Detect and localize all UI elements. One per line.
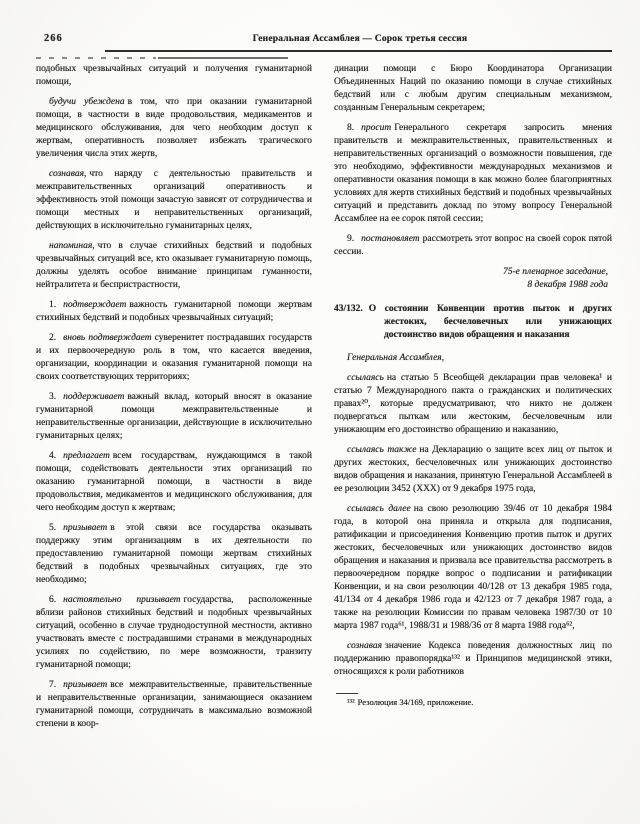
resolution-number: 43/132.	[334, 304, 363, 314]
resolution-heading: 43/132.О состоянии Конвенции против пыто…	[334, 303, 612, 342]
running-head: Генеральная Ассамблея — Сорок третья сес…	[80, 34, 640, 44]
column-left: подобных чрезвычайных ситуаций и получен…	[36, 63, 312, 738]
paragraph: 1.подтверждаетважность гуманитарной помо…	[36, 299, 312, 325]
paragraph-lead: призывает	[63, 680, 107, 690]
footnote-marker: ¹³²	[347, 697, 355, 707]
paragraph-text: Генерального секретаря запросить мнения …	[334, 123, 612, 224]
paragraph-lead: ссылаясь также	[347, 445, 416, 455]
column-right: динации помощи с Бюро Координатора Орган…	[334, 63, 612, 738]
paragraph: 7.призываетвсе межправительственные, пра…	[36, 679, 312, 731]
paragraph-lead: просит	[361, 123, 391, 133]
resolution-title: О состоянии Конвенции против пыток и дру…	[369, 304, 612, 340]
paragraph-number: 3.	[49, 392, 56, 402]
session-note: 75-е пленарное заседание, 8 декабря 1988…	[334, 266, 608, 292]
paragraph-number: 2.	[49, 333, 56, 343]
two-column-text: подобных чрезвычайных ситуаций и получен…	[36, 63, 612, 738]
paragraph: напоминая,что в случае стихийных бедстви…	[36, 240, 312, 292]
scan-artifact-solid-line	[158, 57, 288, 59]
paragraph: 3.поддерживаетважный вклад, который внос…	[36, 391, 312, 443]
paragraph-number: 4.	[49, 451, 56, 461]
paragraph: 8.проситГенерального секретаря запросить…	[334, 122, 612, 226]
paragraph: динации помощи с Бюро Координатора Орган…	[334, 63, 612, 115]
paragraph-lead: подтверждает	[63, 300, 126, 310]
paragraph-lead: Генеральная Ассамблея,	[347, 353, 444, 363]
footnote: ¹³²Резолюция 34/169, приложение.	[334, 697, 612, 708]
paragraph: подобных чрезвычайных ситуаций и получен…	[36, 63, 312, 89]
paragraph-text: на свою резолюцию 39/46 от 10 декабря 19…	[334, 504, 612, 631]
paragraph-lead: напоминая,	[49, 241, 95, 251]
paragraph-number: 5.	[49, 523, 56, 533]
paragraph: сознавая,что наряду с деятельностью прав…	[36, 168, 312, 233]
paragraph-lead: вновь подтверждает	[63, 333, 152, 343]
header-rule	[105, 50, 612, 52]
paragraph-text: государства, расположенные вблизи районо…	[36, 595, 312, 670]
paragraph: 2.вновь подтверждаетсуверенитет пострада…	[36, 332, 312, 384]
paragraph-text: динации помощи с Бюро Координатора Орган…	[334, 64, 612, 113]
paragraph: 9.постановляетрассмотреть этот вопрос на…	[334, 233, 612, 259]
footnote-block: ¹³²Резолюция 34/169, приложение.	[334, 693, 612, 708]
paragraph-lead: настоятельно призывает	[63, 595, 180, 605]
paragraph: ссылаясьна статью 5 Всеобщей декларации …	[334, 372, 612, 437]
paragraph-lead: сознавая	[347, 641, 382, 651]
paragraph: 6.настоятельно призываетгосударства, рас…	[36, 594, 312, 672]
paragraph: Генеральная Ассамблея,	[334, 352, 612, 365]
footnote-text: Резолюция 34/169, приложение.	[358, 697, 474, 707]
paragraph-number: 7.	[49, 680, 56, 690]
paragraph-number: 6.	[49, 595, 56, 605]
scanned-document-page: 266 Генеральная Ассамблея — Сорок третья…	[0, 0, 640, 824]
paragraph-number: 8.	[347, 123, 354, 133]
page-number: 266	[44, 33, 63, 44]
paragraph: 4.предлагаетвсем государствам, нуждающим…	[36, 450, 312, 515]
scan-artifact-dashed-line	[36, 57, 156, 59]
paragraph-text: подобных чрезвычайных ситуаций и получен…	[36, 64, 312, 87]
paragraph: будучи убежденав том, что при оказании г…	[36, 96, 312, 161]
paragraph-lead: призывает	[63, 523, 107, 533]
paragraph-lead: ссылаясь далее	[347, 504, 411, 514]
paragraph-number: 1.	[49, 300, 56, 310]
footnote-rule	[336, 693, 358, 694]
paragraph-lead: будучи убеждена	[49, 97, 125, 107]
paragraph: 5.призываетв этой связи все государства …	[36, 522, 312, 587]
paragraph-lead: ссылаясь	[347, 373, 384, 383]
paragraph-lead: поддерживает	[63, 392, 124, 402]
paragraph-lead: постановляет	[361, 234, 420, 244]
paragraph: ссылаясь такжена Декларацию о защите все…	[334, 444, 612, 496]
session-note-line1: 75-е пленарное заседание,	[334, 266, 608, 279]
session-note-line2: 8 декабря 1988 года	[334, 279, 608, 292]
paragraph-lead: сознавая,	[49, 169, 86, 179]
paragraph: сознаваязначение Кодекса поведения должн…	[334, 640, 612, 679]
paragraph-lead: предлагает	[63, 451, 110, 461]
paragraph-number: 9.	[347, 234, 354, 244]
paragraph: ссылаясь далеена свою резолюцию 39/46 от…	[334, 503, 612, 633]
